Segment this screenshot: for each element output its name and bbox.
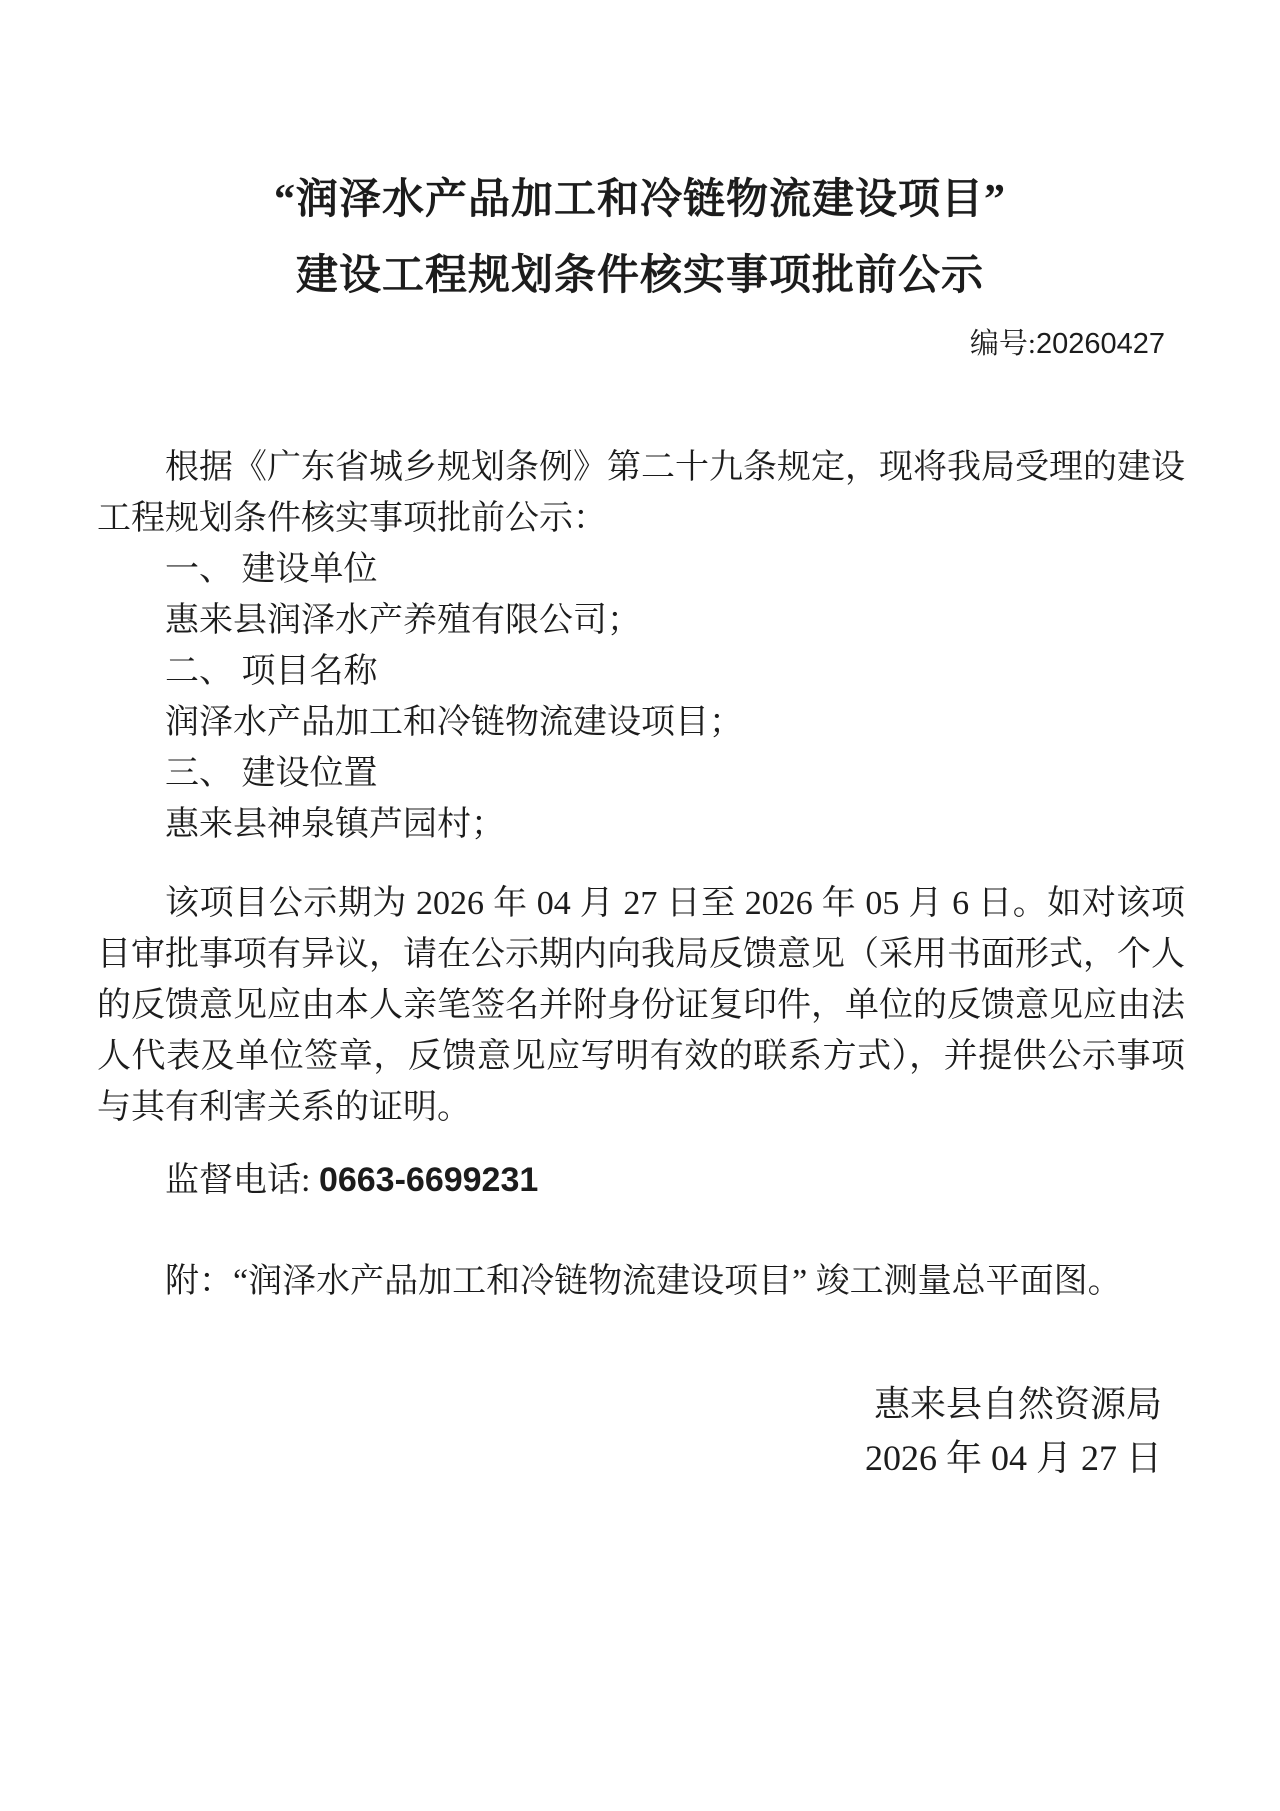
item-heading: 一、 建设单位 <box>97 544 1185 595</box>
doc-title: “润泽水产品加工和冷链物流建设项目” 建设工程规划条件核实事项批前公示 <box>90 163 1190 314</box>
item-value: 润泽水产品加工和冷链物流建设项目； <box>97 697 1185 748</box>
item-heading: 三、 建设位置 <box>97 748 1185 799</box>
intro-paragraph: 根据《广东省城乡规划条例》第二十九条规定，现将我局受理的建设工程规划条件核实事项… <box>97 442 1185 544</box>
items-list: 一、 建设单位惠来县润泽水产养殖有限公司；二、 项目名称润泽水产品加工和冷链物流… <box>97 544 1185 850</box>
notice-paragraph: 该项目公示期为 2026 年 04 月 27 日至 2026 年 05 月 6 … <box>97 878 1185 1133</box>
doc-number: 编号:20260427 <box>0 326 1280 364</box>
signature-block: 惠来县自然资源局 2026 年 04 月 27 日 <box>0 1377 1280 1485</box>
attachment-line: 附：“润泽水产品加工和冷链物流建设项目” 竣工测量总平面图。 <box>97 1256 1185 1307</box>
document-page: “润泽水产品加工和冷链物流建设项目” 建设工程规划条件核实事项批前公示 编号:2… <box>0 0 1280 1811</box>
doc-title-line1: “润泽水产品加工和冷链物流建设项目” <box>274 177 1006 223</box>
issue-date: 2026 年 04 月 27 日 <box>0 1431 1162 1485</box>
doc-number-label: 编号: <box>970 328 1036 360</box>
phone-line: 监督电话: 0663-6699231 <box>97 1155 1185 1206</box>
phone-number: 0663-6699231 <box>319 1161 538 1199</box>
item-heading: 二、 项目名称 <box>97 646 1185 697</box>
doc-number-value: 20260427 <box>1036 328 1165 360</box>
doc-title-line2: 建设工程规划条件核实事项批前公示 <box>296 253 984 299</box>
doc-body: 根据《广东省城乡规划条例》第二十九条规定，现将我局受理的建设工程规划条件核实事项… <box>97 442 1185 1307</box>
item-value: 惠来县润泽水产养殖有限公司； <box>97 595 1185 646</box>
phone-label: 监督电话: <box>165 1162 319 1199</box>
item-value: 惠来县神泉镇芦园村； <box>97 799 1185 850</box>
issuer-name: 惠来县自然资源局 <box>0 1377 1162 1431</box>
